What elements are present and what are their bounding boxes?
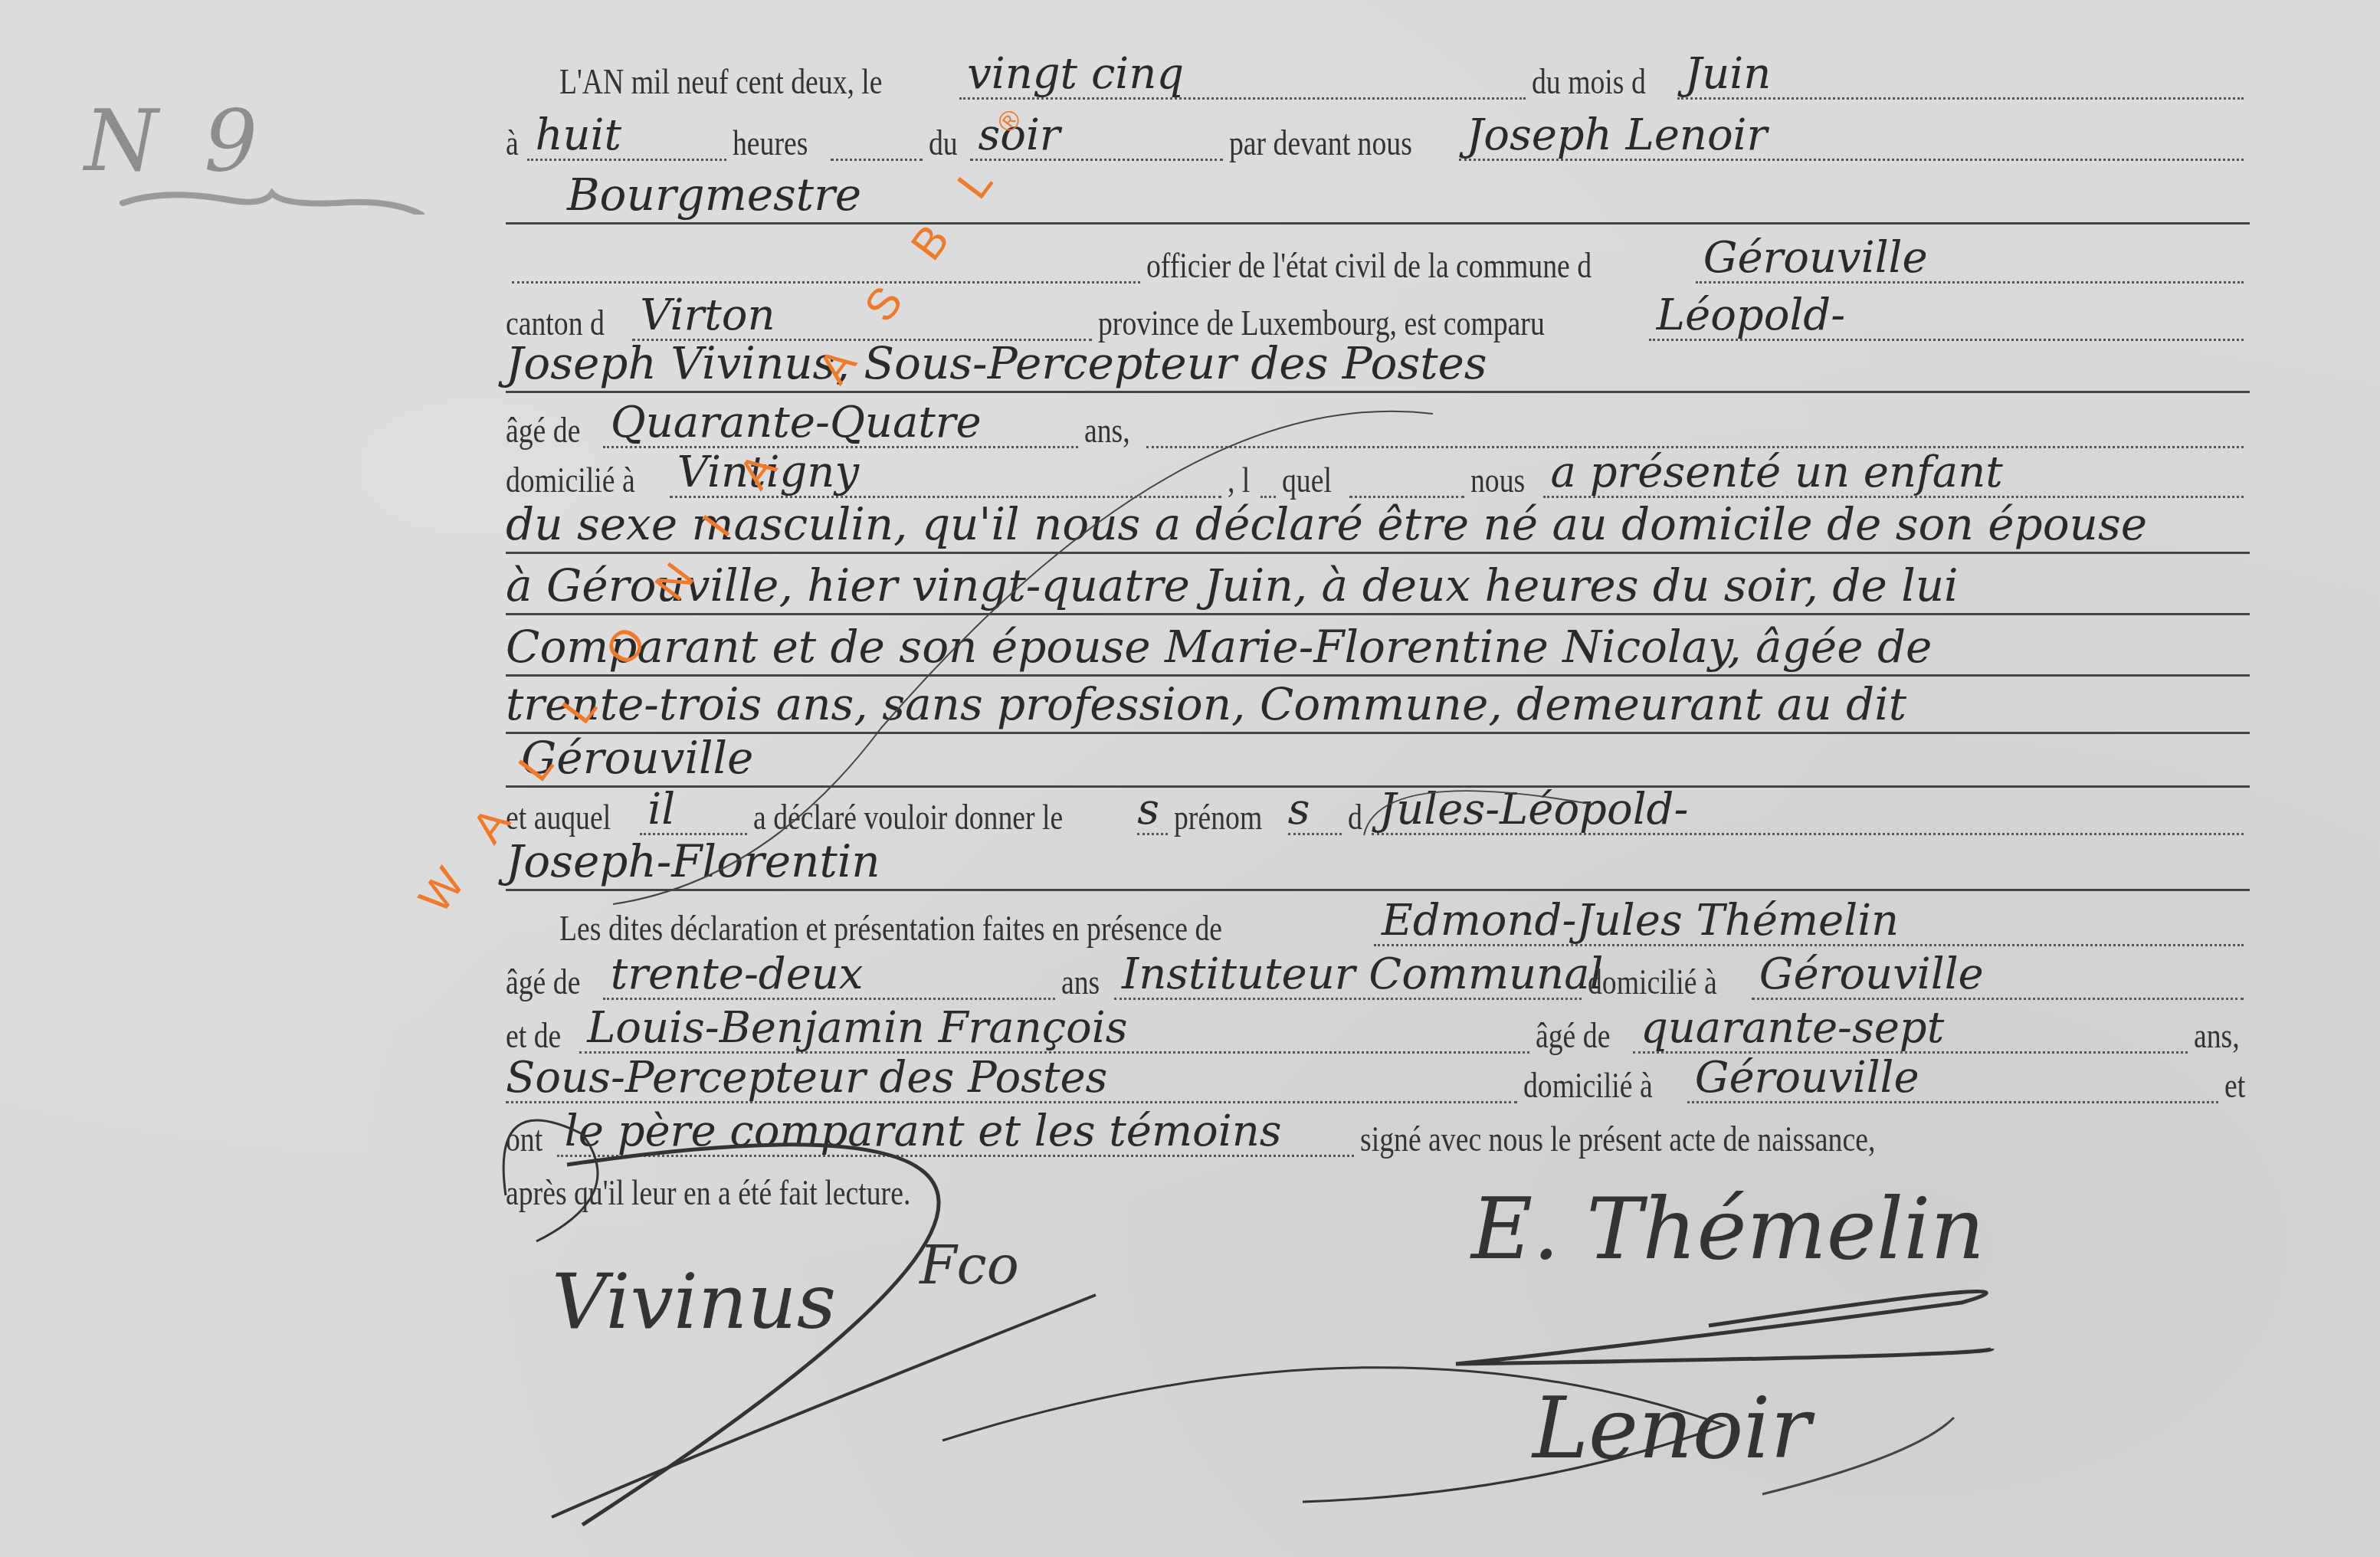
signature-flourishes-icon	[0, 0, 2380, 1557]
document-page: N9 L'AN mil neuf cent deux, le vingt cin…	[0, 0, 2380, 1557]
